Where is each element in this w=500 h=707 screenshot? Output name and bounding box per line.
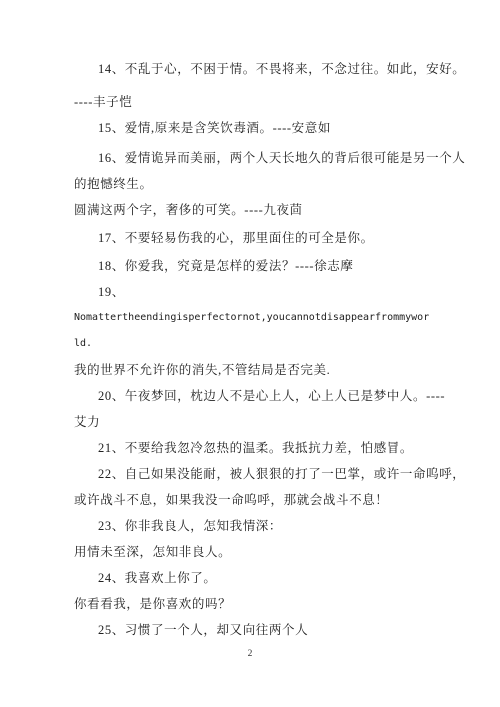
text-line: 20、午夜梦回，枕边人不是心上人，心上人已是梦中人。---- (74, 383, 440, 409)
document-page: 14、不乱于心，不困于情。不畏将来，不念过往。如此，安好。----丰子恺15、爱… (0, 0, 500, 707)
text-line: 24、我喜欢上你了。 (74, 565, 440, 591)
text-line: 15、爱情,原来是含笑饮毒酒。----安意如 (74, 115, 440, 141)
text-line: 23、你非我良人，怎知我情深： (74, 513, 440, 539)
text-line: 19、 (74, 279, 440, 305)
text-line: 我的世界不允许你的消失,不管结局是否完美. (74, 357, 440, 383)
text-line: ld. (74, 331, 440, 357)
page-number: 2 (0, 649, 500, 659)
text-line: 用情未至深，怎知非良人。 (74, 539, 440, 565)
text-line: 14、不乱于心，不困于情。不畏将来，不念过往。如此，安好。 (74, 56, 440, 82)
text-line: 21、不要给我忽冷忽热的温柔。我抵抗力差，怕感冒。 (74, 435, 440, 461)
text-line: Nomattertheendingisperfectornot,youcanno… (74, 305, 440, 331)
text-line: 25、习惯了一个人，却又向往两个人 (74, 617, 440, 643)
text-line: 或许战斗不息，如果我没一命呜呼，那就会战斗不息！ (74, 487, 440, 513)
text-line: 你看看我，是你喜欢的吗？ (74, 591, 440, 617)
text-line: ----丰子恺 (74, 89, 440, 115)
document-body: 14、不乱于心，不困于情。不畏将来，不念过往。如此，安好。----丰子恺15、爱… (74, 56, 440, 643)
text-line: 艾力 (74, 409, 440, 435)
text-line: 22、自己如果没能耐，被人狠狠的打了一巴掌，或许一命呜呼， (74, 461, 440, 487)
text-line: 的抱憾终生。 (74, 171, 440, 197)
text-line: 圆满这两个字，奢侈的可笑。----九夜茴 (74, 197, 440, 223)
text-line: 18、你爱我，究竟是怎样的爱法？----徐志摩 (74, 253, 440, 279)
text-line: 17、不要轻易伤我的心，那里面住的可全是你。 (74, 225, 440, 251)
text-line: 16、爱情诡异而美丽，两个人天长地久的背后很可能是另一个人 (74, 145, 440, 171)
